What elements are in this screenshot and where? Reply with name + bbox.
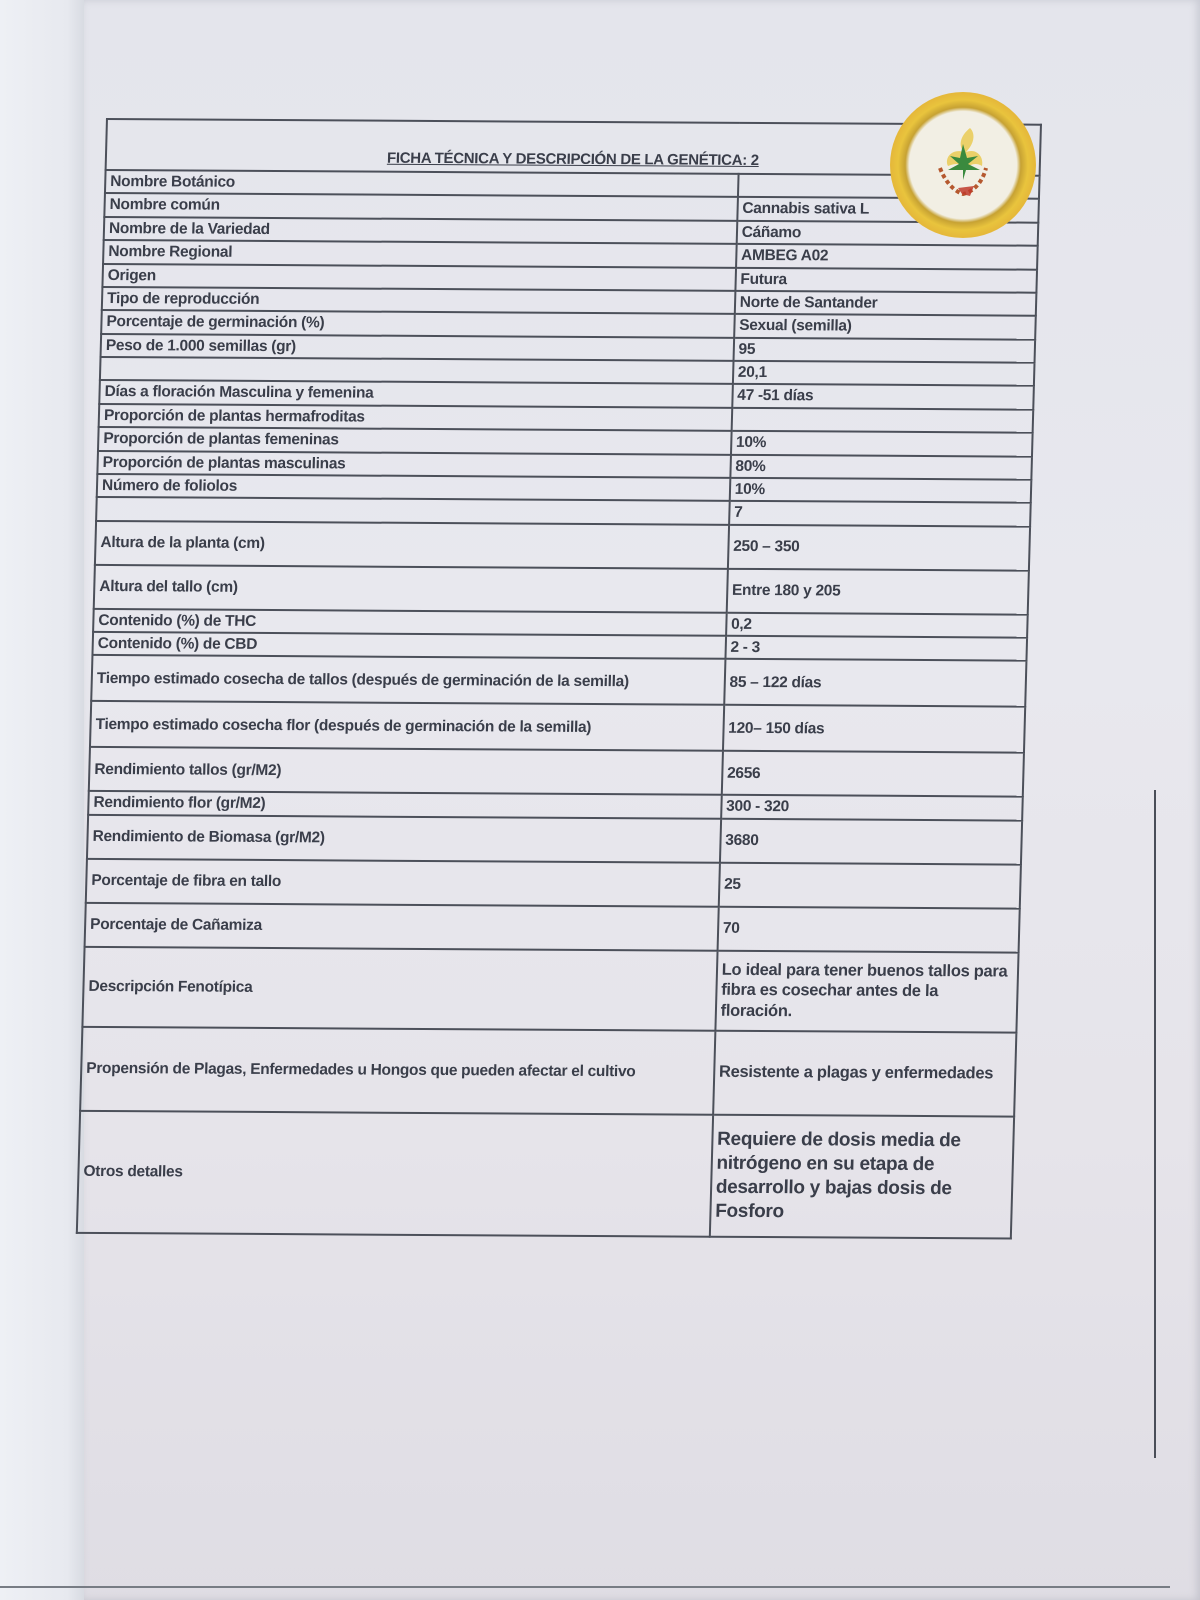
table-row: Tiempo estimado cosecha flor (después de… (90, 701, 1025, 753)
row-label: Descripción Fenotípica (82, 947, 717, 1031)
row-label: Porcentaje de fibra en tallo (86, 859, 720, 907)
row-value: 25 (718, 863, 1020, 909)
row-value (731, 408, 1033, 433)
table-row: Altura de la planta (cm)250 – 350 (95, 521, 1030, 571)
genetics-table: FICHA TÉCNICA Y DESCRIPCIÓN DE LA GENÉTI… (76, 118, 1042, 1239)
row-value: 300 - 320 (721, 795, 1023, 820)
row-value: Futura (735, 267, 1037, 292)
organization-seal-icon (890, 92, 1036, 238)
technical-sheet: FICHA TÉCNICA Y DESCRIPCIÓN DE LA GENÉTI… (76, 118, 1042, 1239)
row-label: Propensión de Plagas, Enfermedades u Hon… (80, 1027, 715, 1115)
table-row: Descripción FenotípicaLo ideal para tene… (82, 947, 1018, 1033)
row-value: Norte de Santander (734, 291, 1036, 316)
row-value: 85 – 122 días (724, 659, 1027, 707)
row-value: Entre 180 y 205 (726, 568, 1028, 614)
table-row: Otros detallesRequiere de dosis media de… (77, 1111, 1014, 1239)
row-label: Otros detalles (77, 1111, 713, 1237)
row-label: Porcentaje de Cañamiza (85, 903, 719, 951)
row-label: Altura del tallo (cm) (94, 565, 728, 613)
row-value: 7 (729, 501, 1031, 526)
row-value: 120– 150 días (723, 705, 1026, 753)
page-border-line (1154, 790, 1156, 1458)
page-bottom-border (0, 1586, 1170, 1588)
row-label: Tiempo estimado cosecha de tallos (despu… (91, 655, 725, 705)
row-value: 47 -51 días (732, 384, 1034, 409)
row-value: 10% (731, 431, 1033, 456)
row-value: 70 (717, 907, 1019, 953)
row-value: 3680 (720, 819, 1022, 865)
cannabis-leaf-icon (930, 122, 996, 202)
row-label: Rendimiento de Biomasa (gr/M2) (87, 815, 721, 863)
row-label: Altura de la planta (cm) (95, 521, 729, 569)
table-row: Tiempo estimado cosecha de tallos (despu… (91, 655, 1026, 707)
adjacent-page-edge (0, 0, 84, 1600)
table-row: Propensión de Plagas, Enfermedades u Hon… (80, 1027, 1016, 1117)
row-value: Requiere de dosis media de nitrógeno en … (710, 1114, 1015, 1238)
row-value: 20,1 (733, 361, 1035, 386)
table-row: Porcentaje de Cañamiza70 (85, 903, 1020, 953)
row-value: 2 - 3 (725, 636, 1027, 661)
row-label: Rendimiento tallos (gr/M2) (89, 747, 723, 795)
table-row: Porcentaje de fibra en tallo25 (86, 859, 1021, 909)
table-row: Rendimiento de Biomasa (gr/M2)3680 (87, 815, 1022, 865)
table-row: Rendimiento tallos (gr/M2)2656 (89, 747, 1024, 797)
row-value: 95 (733, 337, 1035, 362)
row-value: AMBEG A02 (736, 244, 1038, 269)
row-value: Lo ideal para tener buenos tallos para f… (715, 950, 1018, 1032)
row-value: 0,2 (726, 612, 1028, 637)
row-label: Tiempo estimado cosecha flor (después de… (90, 701, 724, 751)
row-value: Resistente a plagas y enfermedades (713, 1030, 1017, 1116)
row-value: 2656 (721, 751, 1023, 797)
row-value: 80% (730, 454, 1032, 479)
row-value: Sexual (semilla) (734, 314, 1036, 339)
row-value: 250 – 350 (728, 524, 1030, 570)
row-value: 10% (729, 478, 1031, 503)
table-row: Altura del tallo (cm)Entre 180 y 205 (94, 565, 1029, 615)
